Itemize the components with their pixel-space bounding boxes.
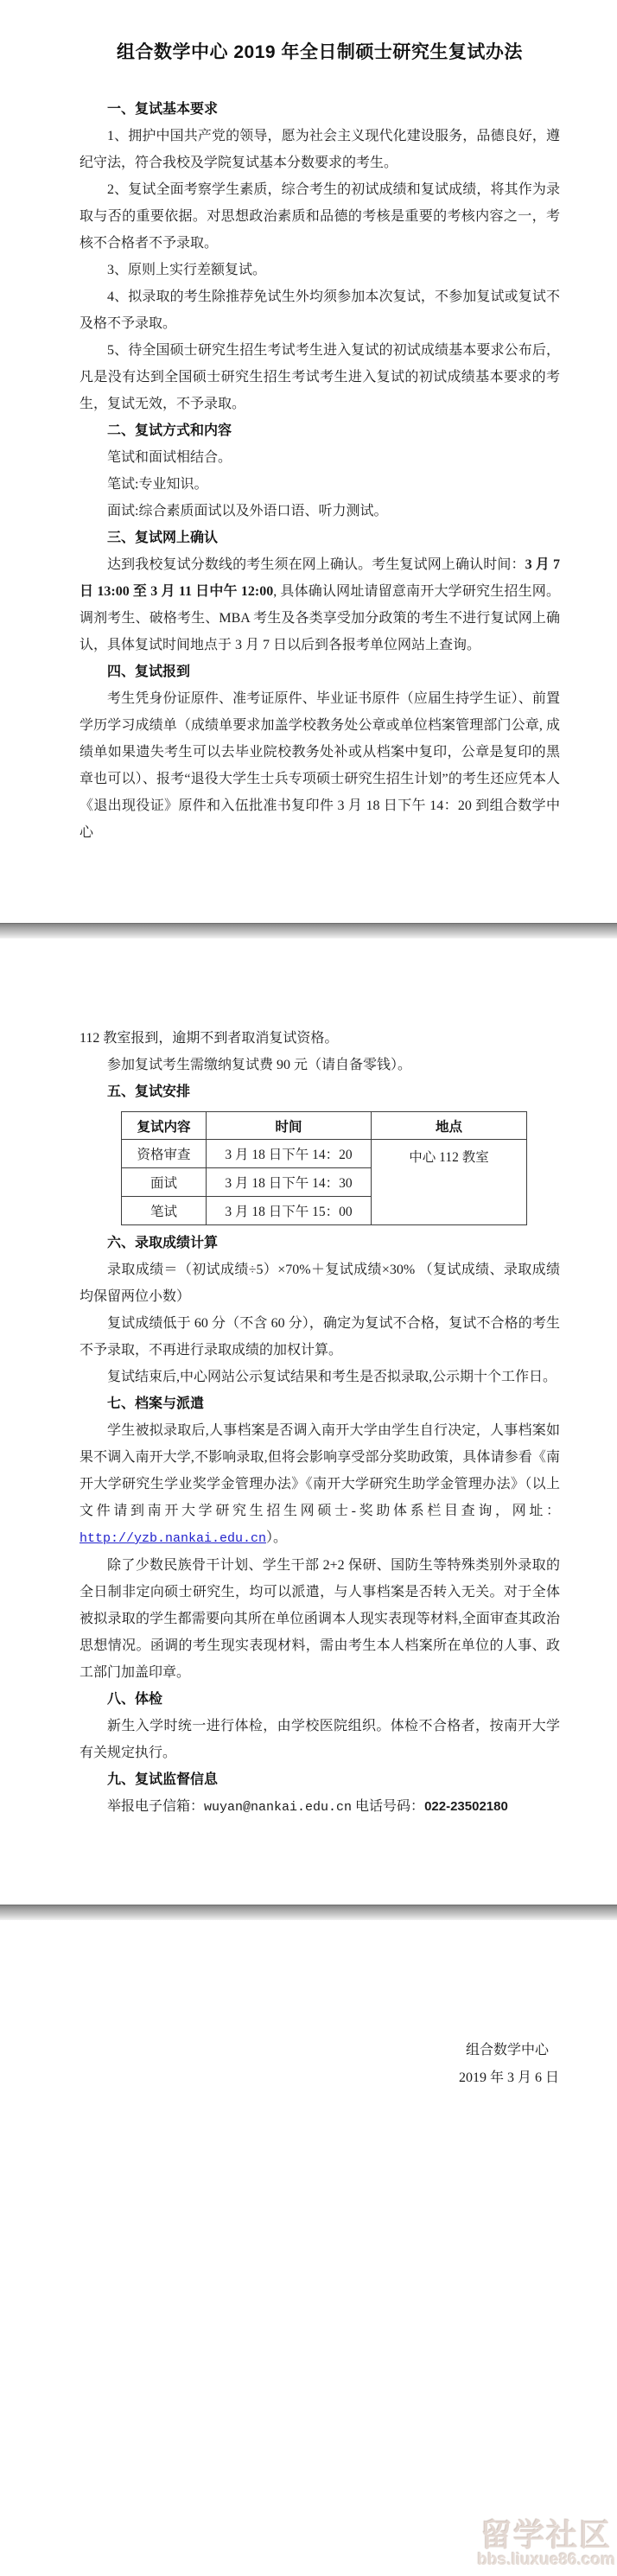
watermark-logo-text: 留学社区 (478, 2519, 615, 2552)
paragraph: 学生被拟录取后,人事档案是否调入南开大学由学生自行决定，人事档案如果不调入南开大… (80, 1417, 560, 1552)
text-run: 录取成绩＝（初试成绩÷5）×70%＋复试成绩×30% （复试成绩、录取成绩均保留… (80, 1263, 560, 1304)
page-break-1 (0, 923, 617, 938)
page-3: 留学社区 bbs.liuxue86.com 组合数学中心2019 年 3 月 6… (0, 1920, 617, 2576)
table-cell-content: 笔试 (122, 1197, 207, 1225)
page-2: 112 教室报到，逾期不到者取消复试资格。参加复试考生需缴纳复试费 90 元（请… (0, 938, 617, 1905)
signature-org: 组合数学中心 (80, 2037, 549, 2064)
paragraph: 录取成绩＝（初试成绩÷5）×70%＋复试成绩×30% （复试成绩、录取成绩均保留… (80, 1256, 560, 1310)
text-run: 4、拟录取的考生除推荐免试生外均须参加本次复试，不参加复试或复试不及格不予录取。 (80, 289, 560, 331)
table-cell-time: 3 月 18 日下午 15：00 (207, 1197, 372, 1225)
text-run: 3、原则上实行差额复试。 (107, 263, 266, 277)
paragraph: 4、拟录取的考生除推荐免试生外均须参加本次复试，不参加复试或复试不及格不予录取。 (80, 283, 560, 337)
table-header-cell: 时间 (207, 1112, 372, 1140)
text-run: ）。 (266, 1530, 287, 1545)
page-1: 组合数学中心 2019 年全日制硕士研究生复试办法一、复试基本要求1、拥护中国共… (0, 0, 617, 923)
paragraph: 112 教室报到，逾期不到者取消复试资格。 (80, 1025, 560, 1052)
text-run: 2、复试全面考察学生素质，综合考生的初试成绩和复试成绩，将其作为录取与否的重要依… (80, 182, 560, 251)
text-run: 笔试:专业知识。 (107, 477, 207, 492)
page-break-2 (0, 1905, 617, 1920)
text-run: 除了少数民族骨干计划、学生干部 2+2 保研、国防生等特殊类别外录取的全日制非定… (80, 1558, 560, 1680)
table-cell-time: 3 月 18 日下午 14：20 (207, 1140, 372, 1168)
text-run: 112 教室报到，逾期不到者取消复试资格。 (80, 1031, 338, 1046)
document: 组合数学中心 2019 年全日制硕士研究生复试办法一、复试基本要求1、拥护中国共… (0, 0, 617, 2576)
paragraph: 1、拥护中国共产党的领导，愿为社会主义现代化建设服务，品德良好，遵纪守法，符合我… (80, 123, 560, 176)
paragraph: 面试:综合素质面试以及外语口语、听力测试。 (80, 498, 560, 525)
text-run: 举报电子信箱： (107, 1799, 204, 1814)
section-heading: 五、复试安排 (80, 1078, 560, 1105)
paragraph: 举报电子信箱：wuyan@nankai.edu.cn 电话号码：022-2350… (80, 1793, 560, 1821)
section-heading: 七、档案与派遣 (80, 1390, 560, 1417)
text-run: 硕士研究生复试办法 (355, 42, 523, 62)
text-run: wuyan@nankai.edu.cn (204, 1800, 352, 1815)
paragraph: 3、原则上实行差额复试。 (80, 257, 560, 283)
section-heading: 八、体检 (80, 1686, 560, 1713)
table-cell-content: 面试 (122, 1168, 207, 1197)
watermark-url: bbs.liuxue86.com (478, 2552, 615, 2569)
text-run: 新生入学时统一进行体检，由学校医院组织。体检不合格者，按南开大学有关规定执行。 (80, 1719, 560, 1760)
table-header-cell: 复试内容 (122, 1112, 207, 1140)
paragraph: 笔试:专业知识。 (80, 471, 560, 498)
text-run: 笔试和面试相结合。 (107, 450, 232, 465)
text-run: 1、拥护中国共产党的领导，愿为社会主义现代化建设服务，品德良好，遵纪守法，符合我… (80, 129, 560, 170)
paragraph: 考生凭身份证原件、准考证原件、毕业证书原件（应届生持学生证）、前置学历学习成绩单… (80, 685, 560, 846)
text-run: 022-23502180 (424, 1799, 508, 1814)
watermark: 留学社区 bbs.liuxue86.com (478, 2519, 615, 2569)
paragraph: 除了少数民族骨干计划、学生干部 2+2 保研、国防生等特殊类别外录取的全日制非定… (80, 1552, 560, 1686)
text-run: 5、待全国硕士研究生招生考试考生进入复试的初试成绩基本要求公布后，凡是没有达到全… (80, 343, 560, 411)
paragraph: 复试结束后,中心网站公示复试结果和考生是否拟录取,公示期十个工作日。 (80, 1364, 560, 1390)
section-heading: 六、录取成绩计算 (80, 1230, 560, 1256)
table-cell-time: 3 月 18 日下午 14：30 (207, 1168, 372, 1197)
paragraph: 参加复试考生需缴纳复试费 90 元（请自备零钱）。 (80, 1052, 560, 1078)
section-heading: 四、复试报到 (80, 658, 560, 685)
schedule-table: 复试内容时间地点资格审查3 月 18 日下午 14：20中心 112 教室面试3… (121, 1111, 527, 1225)
paragraph: 新生入学时统一进行体检，由学校医院组织。体检不合格者，按南开大学有关规定执行。 (80, 1713, 560, 1766)
text-run: 复试结束后,中心网站公示复试结果和考生是否拟录取,公示期十个工作日。 (107, 1370, 557, 1384)
paragraph: 2、复试全面考察学生素质，综合考生的初试成绩和复试成绩，将其作为录取与否的重要依… (80, 176, 560, 257)
text-run: 达到我校复试分数线的考生须在网上确认。考生复试网上确认时间： (107, 557, 525, 572)
text-run: 参加复试考生需缴纳复试费 90 元（请自备零钱）。 (107, 1058, 411, 1072)
section-heading: 一、复试基本要求 (80, 96, 560, 123)
signature-block: 组合数学中心2019 年 3 月 6 日 (80, 2037, 559, 2092)
table-row: 资格审查3 月 18 日下午 14：20中心 112 教室 (122, 1140, 527, 1168)
bold-text-run: 全日制 (300, 42, 356, 62)
section-heading: 二、复试方式和内容 (80, 417, 560, 444)
table-header-cell: 地点 (372, 1112, 527, 1140)
table-cell-location: 中心 112 教室 (372, 1140, 527, 1225)
table-cell-content: 资格审查 (122, 1140, 207, 1168)
text-run: 复试成绩低于 60 分（不含 60 分），确定为复试不合格，复试不合格的考生不予… (80, 1316, 560, 1358)
yzb-nankai-link[interactable]: http://yzb.nankai.edu.cn (80, 1531, 266, 1546)
signature-date: 2019 年 3 月 6 日 (80, 2064, 559, 2092)
document-title: 组合数学中心 2019 年全日制硕士研究生复试办法 (80, 39, 560, 66)
paragraph: 笔试和面试相结合。 (80, 444, 560, 471)
paragraph: 复试成绩低于 60 分（不含 60 分），确定为复试不合格，复试不合格的考生不予… (80, 1310, 560, 1364)
section-heading: 三、复试网上确认 (80, 525, 560, 551)
text-run: 面试:综合素质面试以及外语口语、听力测试。 (107, 504, 387, 518)
text-run: 电话号码： (352, 1799, 424, 1814)
section-heading: 九、复试监督信息 (80, 1766, 560, 1793)
paragraph: 达到我校复试分数线的考生须在网上确认。考生复试网上确认时间：3 月 7 日 13… (80, 551, 560, 658)
text-run: 考生凭身份证原件、准考证原件、毕业证书原件（应届生持学生证）、前置学历学习成绩单… (80, 691, 560, 840)
table-header-row: 复试内容时间地点 (122, 1112, 527, 1140)
text-run: 学生被拟录取后,人事档案是否调入南开大学由学生自行决定，人事档案如果不调入南开大… (80, 1423, 560, 1518)
paragraph: 5、待全国硕士研究生招生考试考生进入复试的初试成绩基本要求公布后，凡是没有达到全… (80, 337, 560, 417)
text-run: 组合数学中心 2019 年 (117, 42, 300, 62)
